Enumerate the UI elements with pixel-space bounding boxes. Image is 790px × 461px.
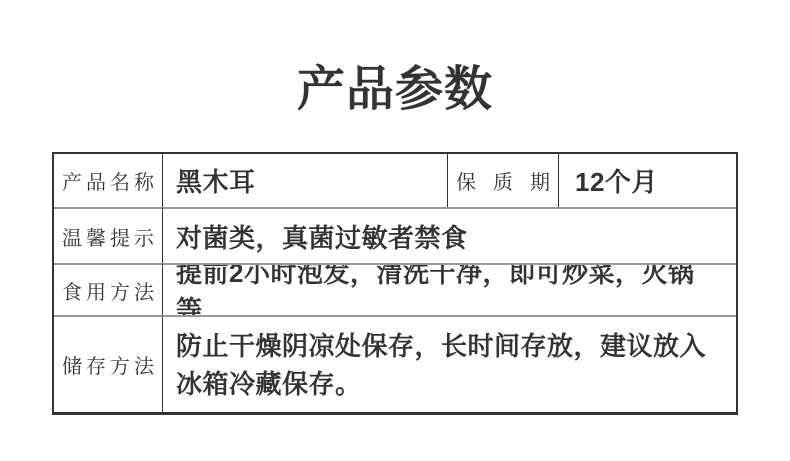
param-value-product-name: 黑木耳 bbox=[162, 154, 447, 207]
param-label-eating-method-text: 食用方法 bbox=[62, 276, 154, 305]
param-label-shelf-life: 保质期 bbox=[447, 154, 558, 207]
param-value-shelf-life: 12个月 bbox=[558, 154, 736, 207]
param-label-product-name-text: 产品名称 bbox=[62, 166, 154, 195]
param-value-eating-method: 提前2小时泡发，清洗干净，即可炒菜，火锅等 bbox=[162, 263, 736, 315]
param-label-eating-method: 食用方法 bbox=[54, 263, 162, 315]
param-label-product-name: 产品名称 bbox=[54, 154, 162, 207]
param-label-warm-tips-text: 温馨提示 bbox=[62, 222, 154, 251]
param-value-storage-method: 防止干燥阴凉处保存，长时间存放，建议放入冰箱冷藏保存。 bbox=[162, 315, 736, 412]
page-title: 产品参数 bbox=[0, 64, 790, 116]
product-parameters-page: 产品参数 产品名称 黑木耳 保质期 12个月 温馨提示 对菌类，真菌过敏者禁食 … bbox=[0, 0, 790, 461]
product-parameters-table: 产品名称 黑木耳 保质期 12个月 温馨提示 对菌类，真菌过敏者禁食 食用方法 … bbox=[52, 152, 738, 415]
param-value-warm-tips: 对菌类，真菌过敏者禁食 bbox=[162, 207, 736, 263]
param-label-warm-tips: 温馨提示 bbox=[54, 207, 162, 263]
param-label-shelf-life-text: 保质期 bbox=[456, 166, 550, 195]
param-label-storage-method-text: 储存方法 bbox=[62, 350, 154, 379]
param-label-storage-method: 储存方法 bbox=[54, 315, 162, 412]
